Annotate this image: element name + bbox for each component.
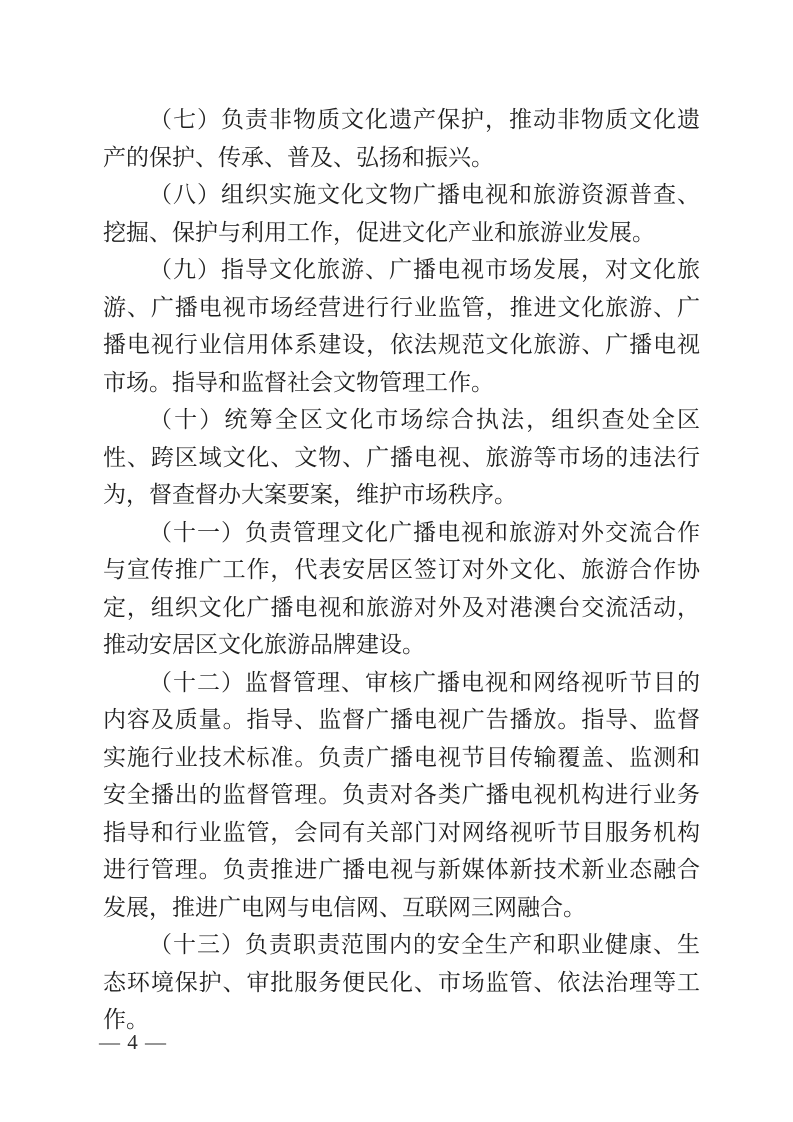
page-number: — 4 — <box>99 1029 167 1055</box>
paragraph-item-9: （九）指导文化旅游、广播电视市场发展，对文化旅游、广播电视市场经营进行行业监管，… <box>103 251 700 401</box>
paragraph-item-8: （八）组织实施文化文物广播电视和旅游资源普查、挖掘、保护与利用工作，促进文化产业… <box>103 176 700 251</box>
paragraph-item-10: （十）统筹全区文化市场综合执法，组织查处全区性、跨区域文化、文物、广播电视、旅游… <box>103 401 700 514</box>
paragraph-item-13: （十三）负责职责范围内的安全生产和职业健康、生态环境保护、审批服务便民化、市场监… <box>103 926 700 1039</box>
paragraph-item-12: （十二）监督管理、审核广播电视和网络视听节目的内容及质量。指导、监督广播电视广告… <box>103 664 700 927</box>
document-body: （七）负责非物质文化遗产保护，推动非物质文化遗产的保护、传承、普及、弘扬和振兴。… <box>103 101 700 1039</box>
document-page: （七）负责非物质文化遗产保护，推动非物质文化遗产的保护、传承、普及、弘扬和振兴。… <box>0 0 793 1122</box>
paragraph-item-7: （七）负责非物质文化遗产保护，推动非物质文化遗产的保护、传承、普及、弘扬和振兴。 <box>103 101 700 176</box>
paragraph-item-11: （十一）负责管理文化广播电视和旅游对外交流合作与宣传推广工作，代表安居区签订对外… <box>103 514 700 664</box>
